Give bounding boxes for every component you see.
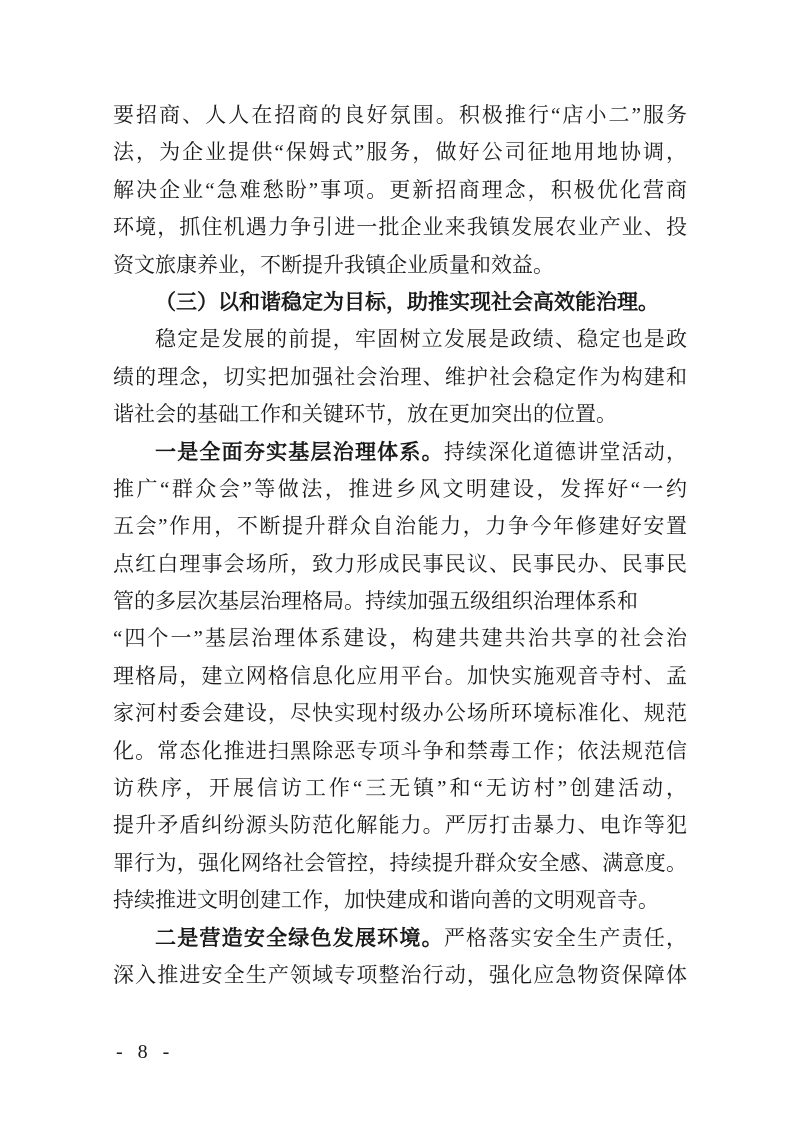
text-line: “四个一”基层治理体系建设，构建共建共治共享的社会治: [113, 620, 687, 657]
text-run: 化。常态化推进扫黑除恶专项斗争和禁毒工作；依法规范信: [113, 739, 687, 763]
text-run-bold: 一是全面夯实基层治理体系。: [155, 440, 444, 464]
text-run: 五会”作用，不断提升群众自治能力，力争今年修建好安置: [113, 514, 687, 538]
text-line: 提升矛盾纠纷源头防范化解能力。严厉打击暴力、电诈等犯: [113, 807, 687, 844]
document-lines: 要招商、人人在招商的良好氛围。积极推行“店小二”服务法，为企业提供“保姆式”服务…: [113, 97, 687, 994]
text-line: 法，为企业提供“保姆式”服务，做好公司征地用地协调，: [113, 134, 687, 171]
text-run: 访秩序，开展信访工作“三无镇”和“无访村”创建活动，: [113, 776, 687, 800]
text-run: 提升矛盾纠纷源头防范化解能力。严厉打击暴力、电诈等犯: [113, 813, 687, 837]
text-run: 稳定是发展的前提，牢固树立发展是政绩、稳定也是政: [155, 327, 687, 351]
text-line: 绩的理念，切实把加强社会治理、维护社会稳定作为构建和: [113, 359, 687, 396]
text-run: 家河村委会建设，尽快实现村级办公场所环境标准化、规范: [113, 701, 687, 725]
text-run: 环境，抓住机遇力争引进一批企业来我镇发展农业产业、投: [113, 215, 687, 239]
text-run: 理格局，建立网格信息化应用平台。加快实施观音寺村、孟: [113, 664, 687, 688]
text-line: （三）以和谐稳定为目标，助推实现社会高效能治理。: [113, 284, 687, 321]
text-run: 要招商、人人在招商的良好氛围。积极推行“店小二”服务: [113, 103, 687, 127]
text-run: 罪行为，强化网络社会管控，持续提升群众安全感、满意度。: [113, 851, 687, 875]
text-run: 点红白理事会场所，致力形成民事民议、民事民办、民事民: [113, 552, 687, 576]
text-line: 谐社会的基础工作和关键环节，放在更加突出的位置。: [113, 396, 687, 433]
text-run: 管的多层次基层治理格局。持续加强五级组织治理体系和: [113, 589, 638, 613]
page-number: - 8 -: [116, 1038, 174, 1066]
text-run: 资文旅康养业，不断提升我镇企业质量和效益。: [113, 253, 554, 277]
text-line: 理格局，建立网格信息化应用平台。加快实施观音寺村、孟: [113, 658, 687, 695]
text-line: 要招商、人人在招商的良好氛围。积极推行“店小二”服务: [113, 97, 687, 134]
text-run: 绩的理念，切实把加强社会治理、维护社会稳定作为构建和: [113, 365, 687, 389]
text-run: 推广“群众会”等做法，推进乡风文明建设，发挥好“一约: [113, 477, 687, 501]
text-run: “四个一”基层治理体系建设，构建共建共治共享的社会治: [113, 626, 687, 650]
text-run: 持续深化道德讲堂活动，: [444, 440, 687, 464]
text-run: 持续推进文明创建工作，加快建成和谐向善的文明观音寺。: [113, 888, 659, 912]
text-line: 家河村委会建设，尽快实现村级办公场所环境标准化、规范: [113, 695, 687, 732]
text-line: 深入推进安全生产领域专项整治行动，强化应急物资保障体: [113, 957, 687, 994]
document-page: 要招商、人人在招商的良好氛围。积极推行“店小二”服务法，为企业提供“保姆式”服务…: [0, 0, 793, 1122]
text-line: 管的多层次基层治理格局。持续加强五级组织治理体系和: [113, 583, 687, 620]
text-run-bold: 二是营造安全绿色发展环境。: [155, 926, 444, 950]
text-line: 罪行为，强化网络社会管控，持续提升群众安全感、满意度。: [113, 845, 687, 882]
text-run: 深入推进安全生产领域专项整治行动，强化应急物资保障体: [113, 963, 687, 987]
text-line: 五会”作用，不断提升群众自治能力，力争今年修建好安置: [113, 508, 687, 545]
text-line: 访秩序，开展信访工作“三无镇”和“无访村”创建活动，: [113, 770, 687, 807]
text-line: 二是营造安全绿色发展环境。严格落实安全生产责任，: [113, 920, 687, 957]
text-line: 一是全面夯实基层治理体系。持续深化道德讲堂活动，: [113, 434, 687, 471]
text-line: 资文旅康养业，不断提升我镇企业质量和效益。: [113, 247, 687, 284]
text-line: 化。常态化推进扫黑除恶专项斗争和禁毒工作；依法规范信: [113, 733, 687, 770]
text-line: 稳定是发展的前提，牢固树立发展是政绩、稳定也是政: [113, 321, 687, 358]
text-line: 推广“群众会”等做法，推进乡风文明建设，发挥好“一约: [113, 471, 687, 508]
text-line: 点红白理事会场所，致力形成民事民议、民事民办、民事民: [113, 546, 687, 583]
text-line: 解决企业“急难愁盼”事项。更新招商理念，积极优化营商: [113, 172, 687, 209]
text-line: 持续推进文明创建工作，加快建成和谐向善的文明观音寺。: [113, 882, 687, 919]
text-run: 严格落实安全生产责任，: [444, 926, 687, 950]
text-run-bold: （三）以和谐稳定为目标，助推实现社会高效能治理。: [155, 290, 659, 314]
text-line: 环境，抓住机遇力争引进一批企业来我镇发展农业产业、投: [113, 209, 687, 246]
text-run: 解决企业“急难愁盼”事项。更新招商理念，积极优化营商: [113, 178, 687, 202]
text-run: 谐社会的基础工作和关键环节，放在更加突出的位置。: [113, 402, 617, 426]
text-run: 法，为企业提供“保姆式”服务，做好公司征地用地协调，: [113, 140, 687, 164]
